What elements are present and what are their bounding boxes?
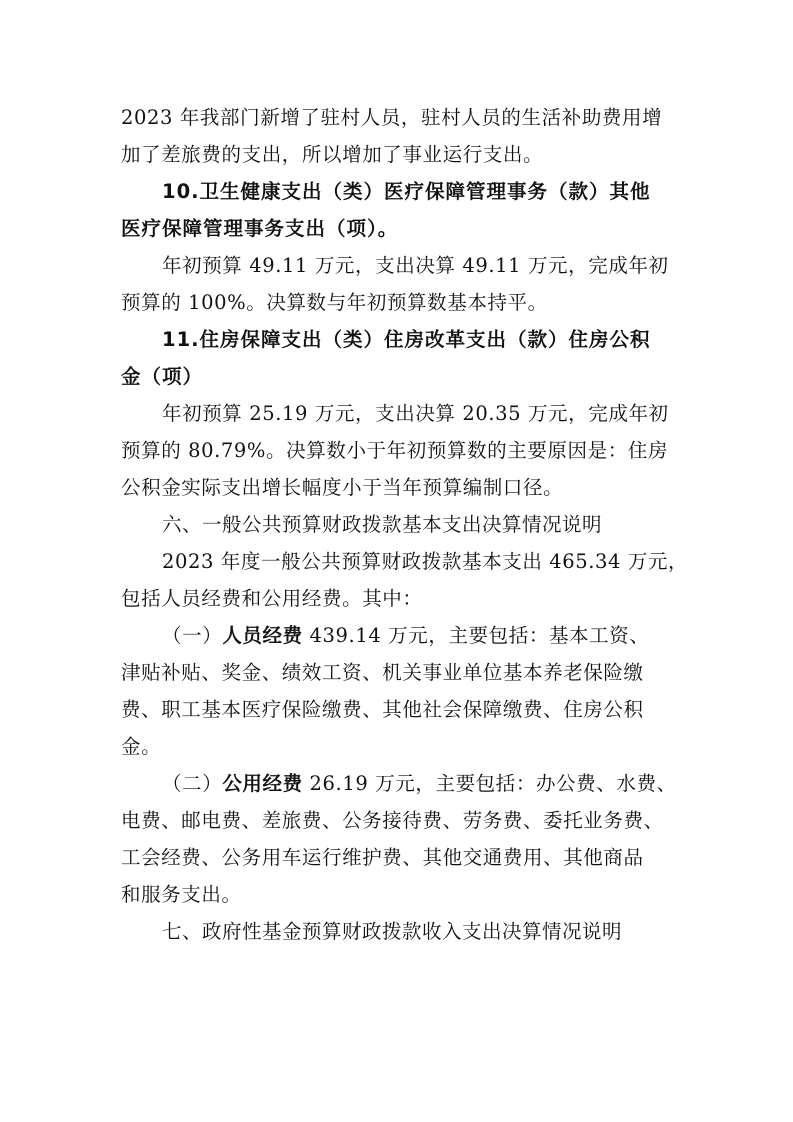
text-line: 金。 xyxy=(121,728,673,765)
section-7-heading: 七、政府性基金预算财政拨款收入支出决算情况说明 xyxy=(121,913,673,950)
text-line: 年初预算 49.11 万元，支出决算 49.11 万元，完成年初 xyxy=(121,247,673,284)
text-line: 加了差旅费的支出，所以增加了事业运行支出。 xyxy=(121,136,673,173)
section-6-heading: 六、一般公共预算财政拨款基本支出决算情况说明 xyxy=(121,506,673,543)
text-line: 预算的 80.79%。决算数小于年初预算数的主要原因是：住房 xyxy=(121,432,673,469)
section-title: 六、一般公共预算财政拨款基本支出决算情况说明 xyxy=(121,506,673,543)
section-6-body: 2023 年度一般公共预算财政拨款基本支出 465.34 万元， 包括人员经费和… xyxy=(121,543,673,617)
text-rest: 439.14 万元，主要包括：基本工资、 xyxy=(303,624,650,647)
item-10-heading: 10.卫生健康支出（类）医疗保障管理事务（款）其他 医疗保障管理事务支出（项）。 xyxy=(121,173,673,247)
text-line: （一）人员经费 439.14 万元，主要包括：基本工资、 xyxy=(121,617,673,654)
text-line: 工会经费、公务用车运行维护费、其他交通费用、其他商品 xyxy=(121,839,673,876)
public-expenses-paragraph: （二）公用经费 26.19 万元，主要包括：办公费、水费、 电费、邮电费、差旅费… xyxy=(121,765,673,913)
personnel-expenses-paragraph: （一）人员经费 439.14 万元，主要包括：基本工资、 津贴补贴、奖金、绩效工… xyxy=(121,617,673,765)
paragraph-continuation: 2023 年我部门新增了驻村人员，驻村人员的生活补助费用增 加了差旅费的支出，所… xyxy=(121,99,673,173)
list-prefix: （一） xyxy=(162,624,222,647)
section-title: 七、政府性基金预算财政拨款收入支出决算情况说明 xyxy=(121,913,673,950)
item-11-heading: 11.住房保障支出（类）住房改革支出（款）住房公积 金（项） xyxy=(121,321,673,395)
text-line: 2023 年我部门新增了驻村人员，驻村人员的生活补助费用增 xyxy=(121,99,673,136)
item-11-body: 年初预算 25.19 万元，支出决算 20.35 万元，完成年初 预算的 80.… xyxy=(121,395,673,506)
text-line: 公积金实际支出增长幅度小于当年预算编制口径。 xyxy=(121,469,673,506)
heading-line: 医疗保障管理事务支出（项）。 xyxy=(121,210,673,247)
text-line: 2023 年度一般公共预算财政拨款基本支出 465.34 万元， xyxy=(121,543,673,580)
document-page: 2023 年我部门新增了驻村人员，驻村人员的生活补助费用增 加了差旅费的支出，所… xyxy=(121,99,673,950)
text-line: （二）公用经费 26.19 万元，主要包括：办公费、水费、 xyxy=(121,765,673,802)
text-line: 电费、邮电费、差旅费、公务接待费、劳务费、委托业务费、 xyxy=(121,802,673,839)
heading-line: 10.卫生健康支出（类）医疗保障管理事务（款）其他 xyxy=(121,173,673,210)
text-line: 和服务支出。 xyxy=(121,876,673,913)
heading-line: 金（项） xyxy=(121,358,673,395)
text-rest: 26.19 万元，主要包括：办公费、水费、 xyxy=(303,772,677,795)
bold-term: 人员经费 xyxy=(222,624,302,647)
list-prefix: （二） xyxy=(162,772,222,795)
bold-term: 公用经费 xyxy=(222,772,302,795)
text-line: 预算的 100%。决算数与年初预算数基本持平。 xyxy=(121,284,673,321)
item-10-body: 年初预算 49.11 万元，支出决算 49.11 万元，完成年初 预算的 100… xyxy=(121,247,673,321)
text-line: 包括人员经费和公用经费。其中： xyxy=(121,580,673,617)
text-line: 费、职工基本医疗保险缴费、其他社会保障缴费、住房公积 xyxy=(121,691,673,728)
text-line: 年初预算 25.19 万元，支出决算 20.35 万元，完成年初 xyxy=(121,395,673,432)
text-line: 津贴补贴、奖金、绩效工资、机关事业单位基本养老保险缴 xyxy=(121,654,673,691)
heading-line: 11.住房保障支出（类）住房改革支出（款）住房公积 xyxy=(121,321,673,358)
